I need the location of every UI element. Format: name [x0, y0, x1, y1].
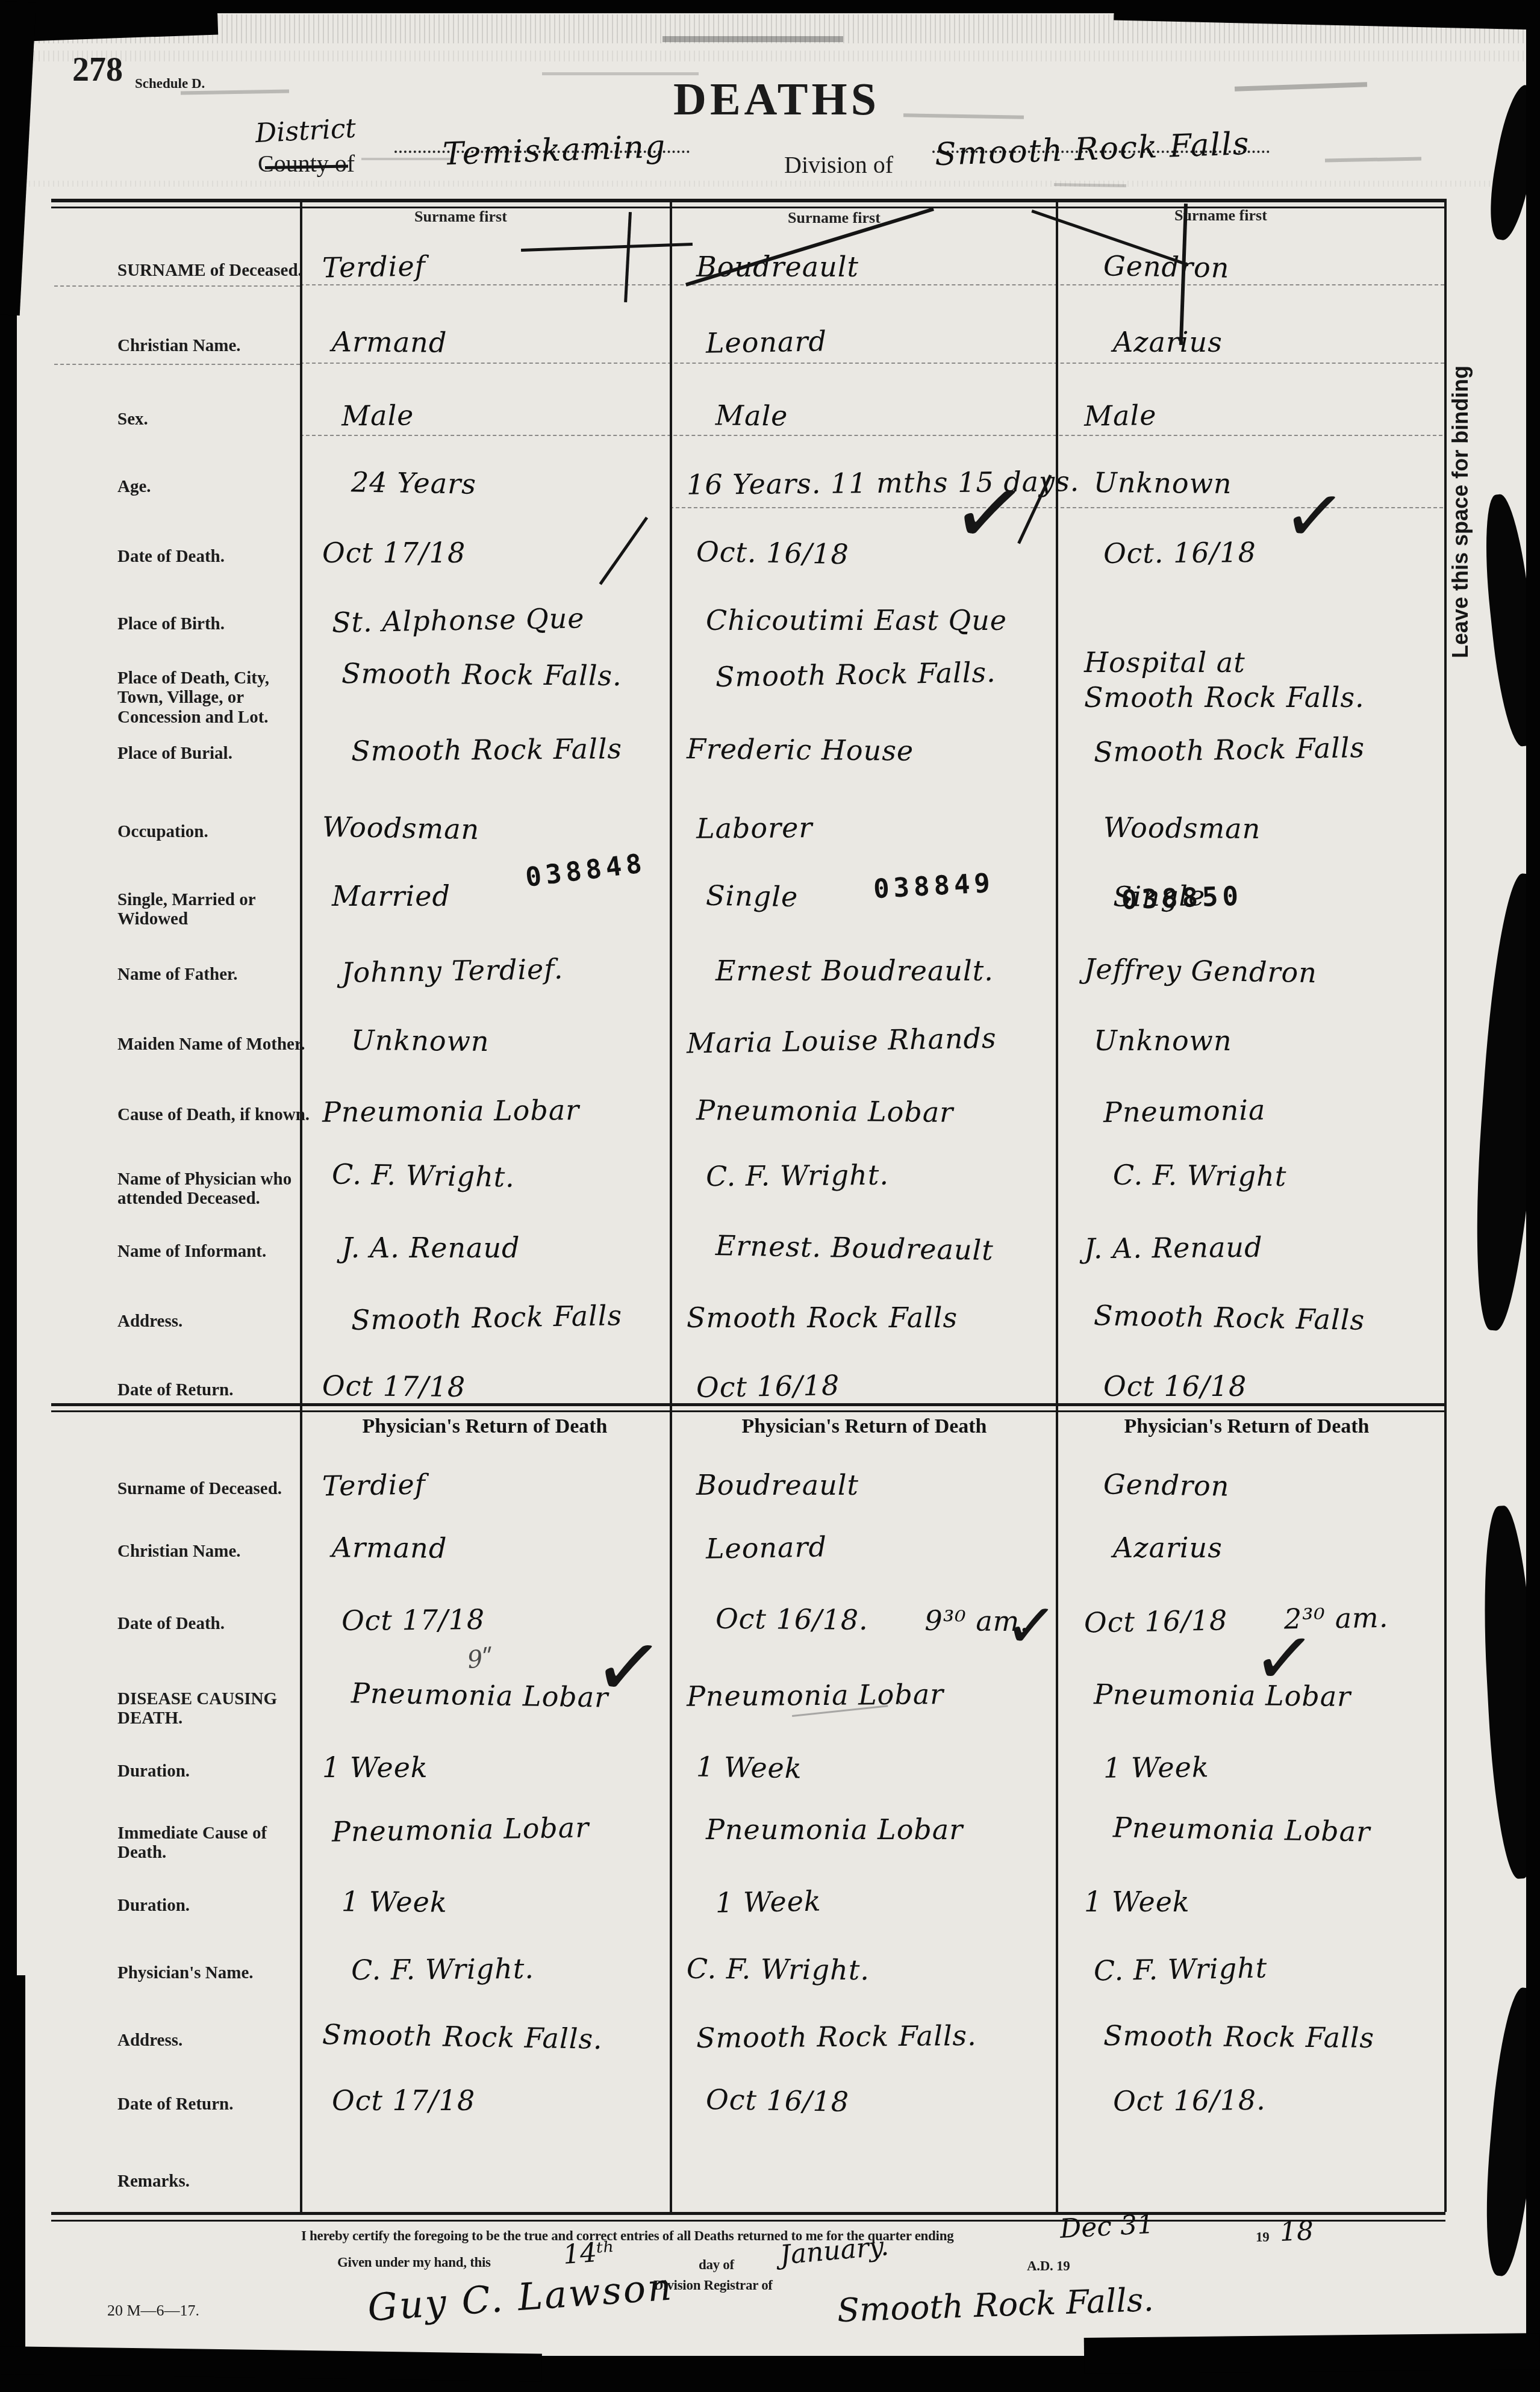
row-label: Immediate Cause of Death.: [117, 1824, 310, 1863]
row-label: Place of Birth.: [117, 614, 310, 634]
entry-cell: C. F. Wright.: [687, 1952, 870, 1989]
division-value: Smooth Rock Falls: [934, 126, 1250, 173]
entry-cell: C. F. Wright.: [332, 1157, 516, 1195]
row-label: Date of Death.: [117, 1614, 310, 1633]
entry-cell: Oct. 16/18: [696, 535, 850, 572]
entry-cell: Smooth Rock Falls: [351, 732, 623, 769]
of-word: of: [335, 150, 355, 177]
entry-cell: Married: [332, 879, 450, 914]
entry-cell: Leonard: [706, 1530, 828, 1566]
entry-cell: Pneumonia Lobar: [322, 1093, 580, 1130]
entry-cell: Chicoutimi East Que: [706, 603, 1007, 638]
checkmark: ✓: [946, 464, 1033, 564]
registrar-signature: Guy C. Lawson: [366, 2264, 675, 2329]
row-label: Duration.: [117, 1896, 310, 1915]
scan-noise: [1235, 82, 1367, 92]
schedule-label: Schedule D.: [135, 76, 205, 92]
ad-label: A.D. 19: [1027, 2258, 1070, 2274]
given-under-hand: Given under my hand, this: [337, 2255, 491, 2270]
entry-cell: Oct 17/18: [322, 1369, 466, 1405]
year-written: 18: [1279, 2216, 1314, 2247]
column-header-3: Surname first: [1174, 207, 1267, 225]
row-label: Date of Death.: [117, 547, 310, 566]
entry-cell: Pneumonia Lobar: [1113, 1810, 1371, 1849]
row-label: Name of Father.: [117, 965, 310, 984]
entry-cell: Azarius: [1113, 325, 1223, 360]
entry-cell: J. A. Renaud: [1084, 1230, 1263, 1267]
pencil-note: 9ʺ: [466, 1644, 495, 1674]
entry-cell: Woodsman: [1103, 811, 1261, 847]
form-code: 20 M—6—17.: [107, 2302, 199, 2320]
scan-edge: [1084, 2333, 1540, 2374]
district-note: District: [255, 113, 357, 149]
table-line: [51, 2212, 1445, 2215]
scan-noise: [361, 158, 452, 160]
entry-cell: Pneumonia Lobar: [696, 1093, 954, 1130]
row-guide-line: [300, 284, 1444, 285]
entry-cell: Woodsman: [322, 810, 480, 848]
registration-stamp-3: 038850: [1121, 881, 1243, 916]
entry-cell: 1 Week: [696, 1749, 803, 1786]
entry-cell: Smooth Rock Falls.: [696, 2019, 977, 2056]
entry-cell: Smooth Rock Falls: [687, 1301, 958, 1336]
table-line: [51, 1410, 1445, 1412]
entry-cell: C. F. Wright.: [351, 1952, 534, 1989]
day-of-label: day of: [699, 2257, 734, 2273]
scan-noise: [0, 181, 1540, 187]
form-title: DEATHS: [673, 73, 880, 126]
row-label: Place of Burial.: [117, 744, 310, 763]
entry-cell: Smooth Rock Falls: [1094, 730, 1365, 770]
row-label: Sex.: [117, 410, 310, 429]
physician-section-header-2: Physician's Return of Death: [684, 1415, 1045, 1438]
entry-cell: Male: [715, 398, 788, 434]
entry-cell: Smooth Rock Falls.: [715, 655, 997, 695]
entry-cell: Maria Louise Rhands: [687, 1021, 997, 1062]
pen-stroke: [599, 517, 649, 585]
table-line: [1444, 199, 1447, 2212]
row-label: Name of Physician who attended Deceased.: [117, 1170, 310, 1209]
row-label: Address.: [117, 2031, 310, 2050]
entry-cell: Oct 17/18: [332, 2084, 475, 2119]
entry-cell: Oct 16/18: [696, 1368, 840, 1406]
quarter-ending-date: Dec 31: [1059, 2209, 1155, 2244]
row-label: Occupation.: [117, 822, 310, 841]
entry-cell: 1 Week: [341, 1884, 447, 1920]
row-guide-line: [300, 435, 1442, 436]
row-label: SURNAME of Deceased.: [117, 261, 310, 280]
entry-cell: Male: [1084, 398, 1157, 434]
row-label: Age.: [117, 477, 310, 496]
entry-cell: 1 Week: [1084, 1885, 1190, 1920]
row-label: DISEASE CAUSING DEATH.: [117, 1689, 310, 1728]
row-label: Date of Return.: [117, 1380, 310, 1400]
row-label: Name of Informant.: [117, 1242, 310, 1261]
entry-cell: Hospital at Smooth Rock Falls.: [1084, 646, 1365, 715]
scan-noise: [1325, 157, 1421, 163]
registration-stamp-1: 038848: [524, 848, 648, 893]
entry-cell: Armand: [332, 325, 447, 361]
district-value: Temiskaming: [442, 129, 667, 173]
entry-cell: Single: [706, 879, 799, 915]
entry-cell: Johnny Terdief.: [341, 952, 564, 991]
scan-edge: [0, 1975, 25, 2392]
entry-cell: Azarius: [1113, 1531, 1223, 1566]
binding-note: Leave this space for binding: [1448, 283, 1490, 741]
checkmark: ✓: [1279, 476, 1350, 557]
row-label: Maiden Name of Mother.: [117, 1035, 310, 1054]
entry-cell: Smooth Rock Falls: [1103, 2019, 1375, 2056]
row-guide-line: [54, 285, 300, 287]
registrar-place: Smooth Rock Falls.: [837, 2281, 1154, 2329]
entry-cell: Ernest. Boudreault: [715, 1229, 994, 1268]
entry-cell: C. F. Wright: [1113, 1158, 1287, 1194]
row-label: Address.: [117, 1312, 310, 1331]
checkmark: ✓: [1002, 1593, 1059, 1660]
row-label: Duration.: [117, 1761, 310, 1781]
registration-stamp-2: 038849: [873, 868, 995, 905]
entry-cell: Smooth Rock Falls: [1094, 1298, 1365, 1338]
row-label: Physician's Name.: [117, 1963, 310, 1982]
scanned-death-register-page: 278 Schedule D. DEATHS District County o…: [0, 0, 1540, 2392]
row-label: Date of Return.: [117, 2095, 310, 2114]
column-header-1: Surname first: [414, 208, 507, 226]
entry-cell: Oct 16/18 2³⁰ am.: [1084, 1601, 1389, 1641]
entry-cell: Oct 16/18: [706, 2082, 850, 2120]
day-written: 14ᵗʰ: [562, 2236, 616, 2270]
entry-cell: Pneumonia Lobar: [687, 1677, 944, 1715]
entry-cell: Unknown: [351, 1023, 490, 1059]
entry-cell: Leonard: [706, 324, 828, 361]
scan-noise: [903, 113, 1024, 119]
entry-cell: Oct 16/18: [1103, 1369, 1247, 1404]
entry-cell: Unknown: [1094, 1024, 1232, 1059]
entry-cell: J. A. Renaud: [341, 1231, 520, 1266]
entry-cell: Pneumonia: [1103, 1093, 1266, 1131]
row-label: Place of Death, City, Town, Village, or …: [117, 668, 310, 727]
pen-stroke: [521, 243, 693, 252]
row-guide-line: [54, 364, 300, 365]
entry-cell: Male: [341, 398, 414, 434]
entry-cell: 24 Years: [351, 465, 477, 502]
entry-cell: Smooth Rock Falls: [351, 1298, 623, 1338]
year-printed: 19: [1256, 2229, 1269, 2245]
entry-cell: Armand: [332, 1530, 447, 1566]
scan-edge: [1526, 0, 1540, 2392]
entry-cell: 1 Week: [715, 1884, 822, 1920]
entry-cell: Terdief: [322, 249, 426, 286]
entry-cell: Oct 17/18: [322, 536, 466, 571]
entry-cell: St. Alphonse Que: [332, 601, 585, 640]
entry-cell: Oct 16/18. 9³⁰ am.: [715, 1602, 1029, 1639]
table-line: [1056, 199, 1058, 2212]
entry-cell: Unknown: [1094, 466, 1232, 502]
row-label: Single, Married or Widowed: [117, 890, 310, 929]
entry-cell: Pneumonia Lobar: [332, 1810, 590, 1849]
entry-cell: Oct. 16/18: [1103, 535, 1256, 572]
checkmark: ✓: [1250, 1619, 1319, 1699]
entry-cell: Frederic House: [687, 732, 914, 768]
row-label: Cause of Death, if known.: [117, 1105, 310, 1124]
scan-edge: [0, 0, 36, 316]
county-word: County: [258, 150, 329, 177]
entry-cell: 1 Week: [322, 1751, 428, 1786]
row-label: Surname of Deceased.: [117, 1479, 310, 1498]
division-label: Division of: [784, 151, 893, 179]
entry-cell: C. F. Wright.: [706, 1158, 889, 1195]
entry-cell: Laborer: [696, 811, 813, 847]
entry-cell: Gendron: [1103, 249, 1230, 286]
column-header-2: Surname first: [788, 209, 881, 227]
table-line: [51, 2220, 1445, 2222]
entry-cell: Pneumonia Lobar: [351, 1676, 609, 1715]
table-line: [670, 199, 672, 2212]
entry-cell: Oct 17/18: [341, 1602, 485, 1639]
entry-cell: Oct 16/18.: [1113, 2083, 1266, 2119]
entry-cell: Jeffrey Gendron: [1084, 952, 1318, 991]
row-label: Christian Name.: [117, 1542, 310, 1561]
entry-cell: Gendron: [1103, 1467, 1230, 1504]
entry-cell: Smooth Rock Falls.: [341, 656, 622, 694]
entry-cell: 1 Week: [1103, 1750, 1209, 1786]
row-label: Remarks.: [117, 2172, 310, 2191]
entry-cell: Ernest Boudreault.: [715, 954, 994, 989]
scan-noise: [0, 51, 1540, 61]
row-label: Christian Name.: [117, 336, 310, 355]
entry-cell: Boudreault: [696, 1468, 859, 1503]
entry-cell: Smooth Rock Falls.: [322, 2017, 603, 2057]
entry-cell: C. F. Wright: [1094, 1951, 1268, 1989]
pen-stroke: [624, 212, 632, 302]
row-guide-line: [300, 363, 1444, 364]
physician-section-header-3: Physician's Return of Death: [1066, 1415, 1427, 1438]
entry-cell: Pneumonia Lobar: [706, 1813, 963, 1848]
table-line: [51, 199, 1445, 202]
entry-cell: Terdief: [322, 1468, 426, 1504]
checkmark: ✓: [589, 1622, 668, 1713]
county-of-label: County of: [258, 149, 355, 178]
physician-section-header-1: Physician's Return of Death: [304, 1415, 666, 1438]
